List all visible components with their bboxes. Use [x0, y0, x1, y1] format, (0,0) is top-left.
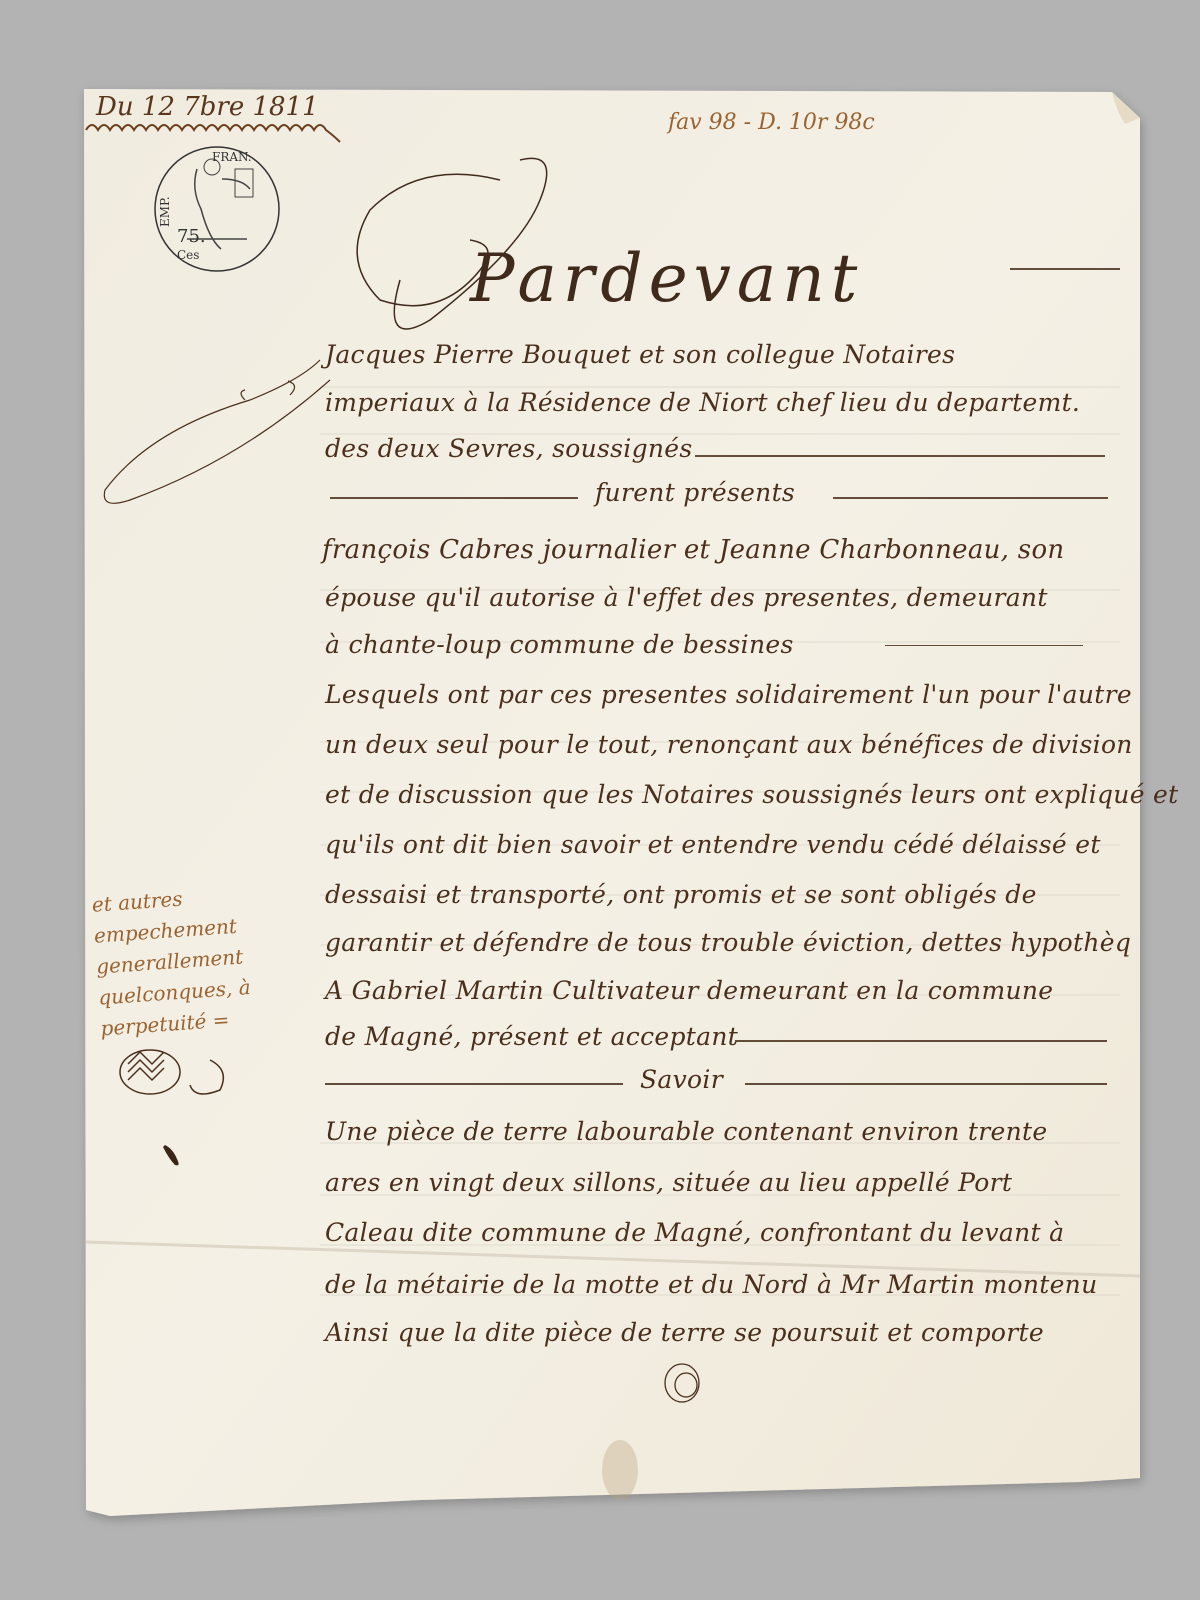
- document-title: Pardevant: [470, 240, 863, 317]
- svg-text:Ces: Ces: [177, 248, 199, 262]
- body-line-14: A Gabriel Martin Cultivateur demeurant e…: [325, 976, 1053, 1005]
- body-line-2: imperiaux à la Résidence de Niort chef l…: [325, 388, 1080, 417]
- body-line-15: de Magné, présent et acceptant: [325, 1022, 738, 1051]
- body-line-20: de la métairie de la motte et du Nord à …: [325, 1270, 1097, 1299]
- body-line-6: épouse qu'il autorise à l'effet des pres…: [325, 583, 1048, 612]
- body-line-10: et de discussion que les Notaires soussi…: [325, 780, 1178, 809]
- svg-text:FRAN.: FRAN.: [212, 150, 252, 164]
- body-line-11: qu'ils ont dit bien savoir et entendre v…: [325, 830, 1101, 859]
- section-heading-savoir: Savoir: [640, 1065, 723, 1094]
- body-line-13: garantir et défendre de tous trouble évi…: [325, 928, 1131, 957]
- filler-rule: [885, 645, 1083, 646]
- body-line-9: un deux seul pour le tout, renonçant aux…: [325, 730, 1133, 759]
- section-rule-left: [330, 497, 578, 499]
- body-line-8: Lesquels ont par ces presentes solidaire…: [325, 680, 1132, 709]
- section-rule-right: [745, 1083, 1107, 1085]
- registration-note: fav 98 - D. 10r 98c: [668, 110, 875, 135]
- document-page: FRAN. EMP. 75. Ces Du 12 7bre 1811 fav 9…: [0, 0, 1200, 1600]
- body-line-21: Ainsi que la dite pièce de terre se pour…: [325, 1318, 1044, 1347]
- body-line-3: des deux Sevres, soussignés: [325, 434, 693, 463]
- section-rule-right: [833, 497, 1108, 499]
- body-line-12: dessaisi et transporté, ont promis et se…: [325, 880, 1037, 909]
- section-rule-left: [325, 1083, 623, 1085]
- body-line-5: françois Cabres journalier et Jeanne Cha…: [322, 535, 1064, 565]
- svg-text:EMP.: EMP.: [158, 196, 172, 227]
- body-line-17: Une pièce de terre labourable contenant …: [325, 1117, 1047, 1146]
- margin-note: et autres empechement generallement quel…: [91, 875, 321, 1045]
- body-line-19: Caleau dite commune de Magné, confrontan…: [325, 1218, 1064, 1247]
- date-line: Du 12 7bre 1811: [96, 92, 319, 122]
- body-line-7: à chante-loup commune de bessines: [325, 630, 794, 659]
- section-heading-present: furent présents: [595, 478, 795, 507]
- body-line-1: Jacques Pierre Bouquet et son collegue N…: [325, 340, 955, 369]
- svg-text:75.: 75.: [177, 226, 206, 247]
- title-flourish-rule: [1010, 268, 1120, 270]
- filler-rule: [695, 455, 1105, 457]
- body-line-18: ares en vingt deux sillons, située au li…: [325, 1168, 1012, 1197]
- filler-rule: [735, 1040, 1107, 1042]
